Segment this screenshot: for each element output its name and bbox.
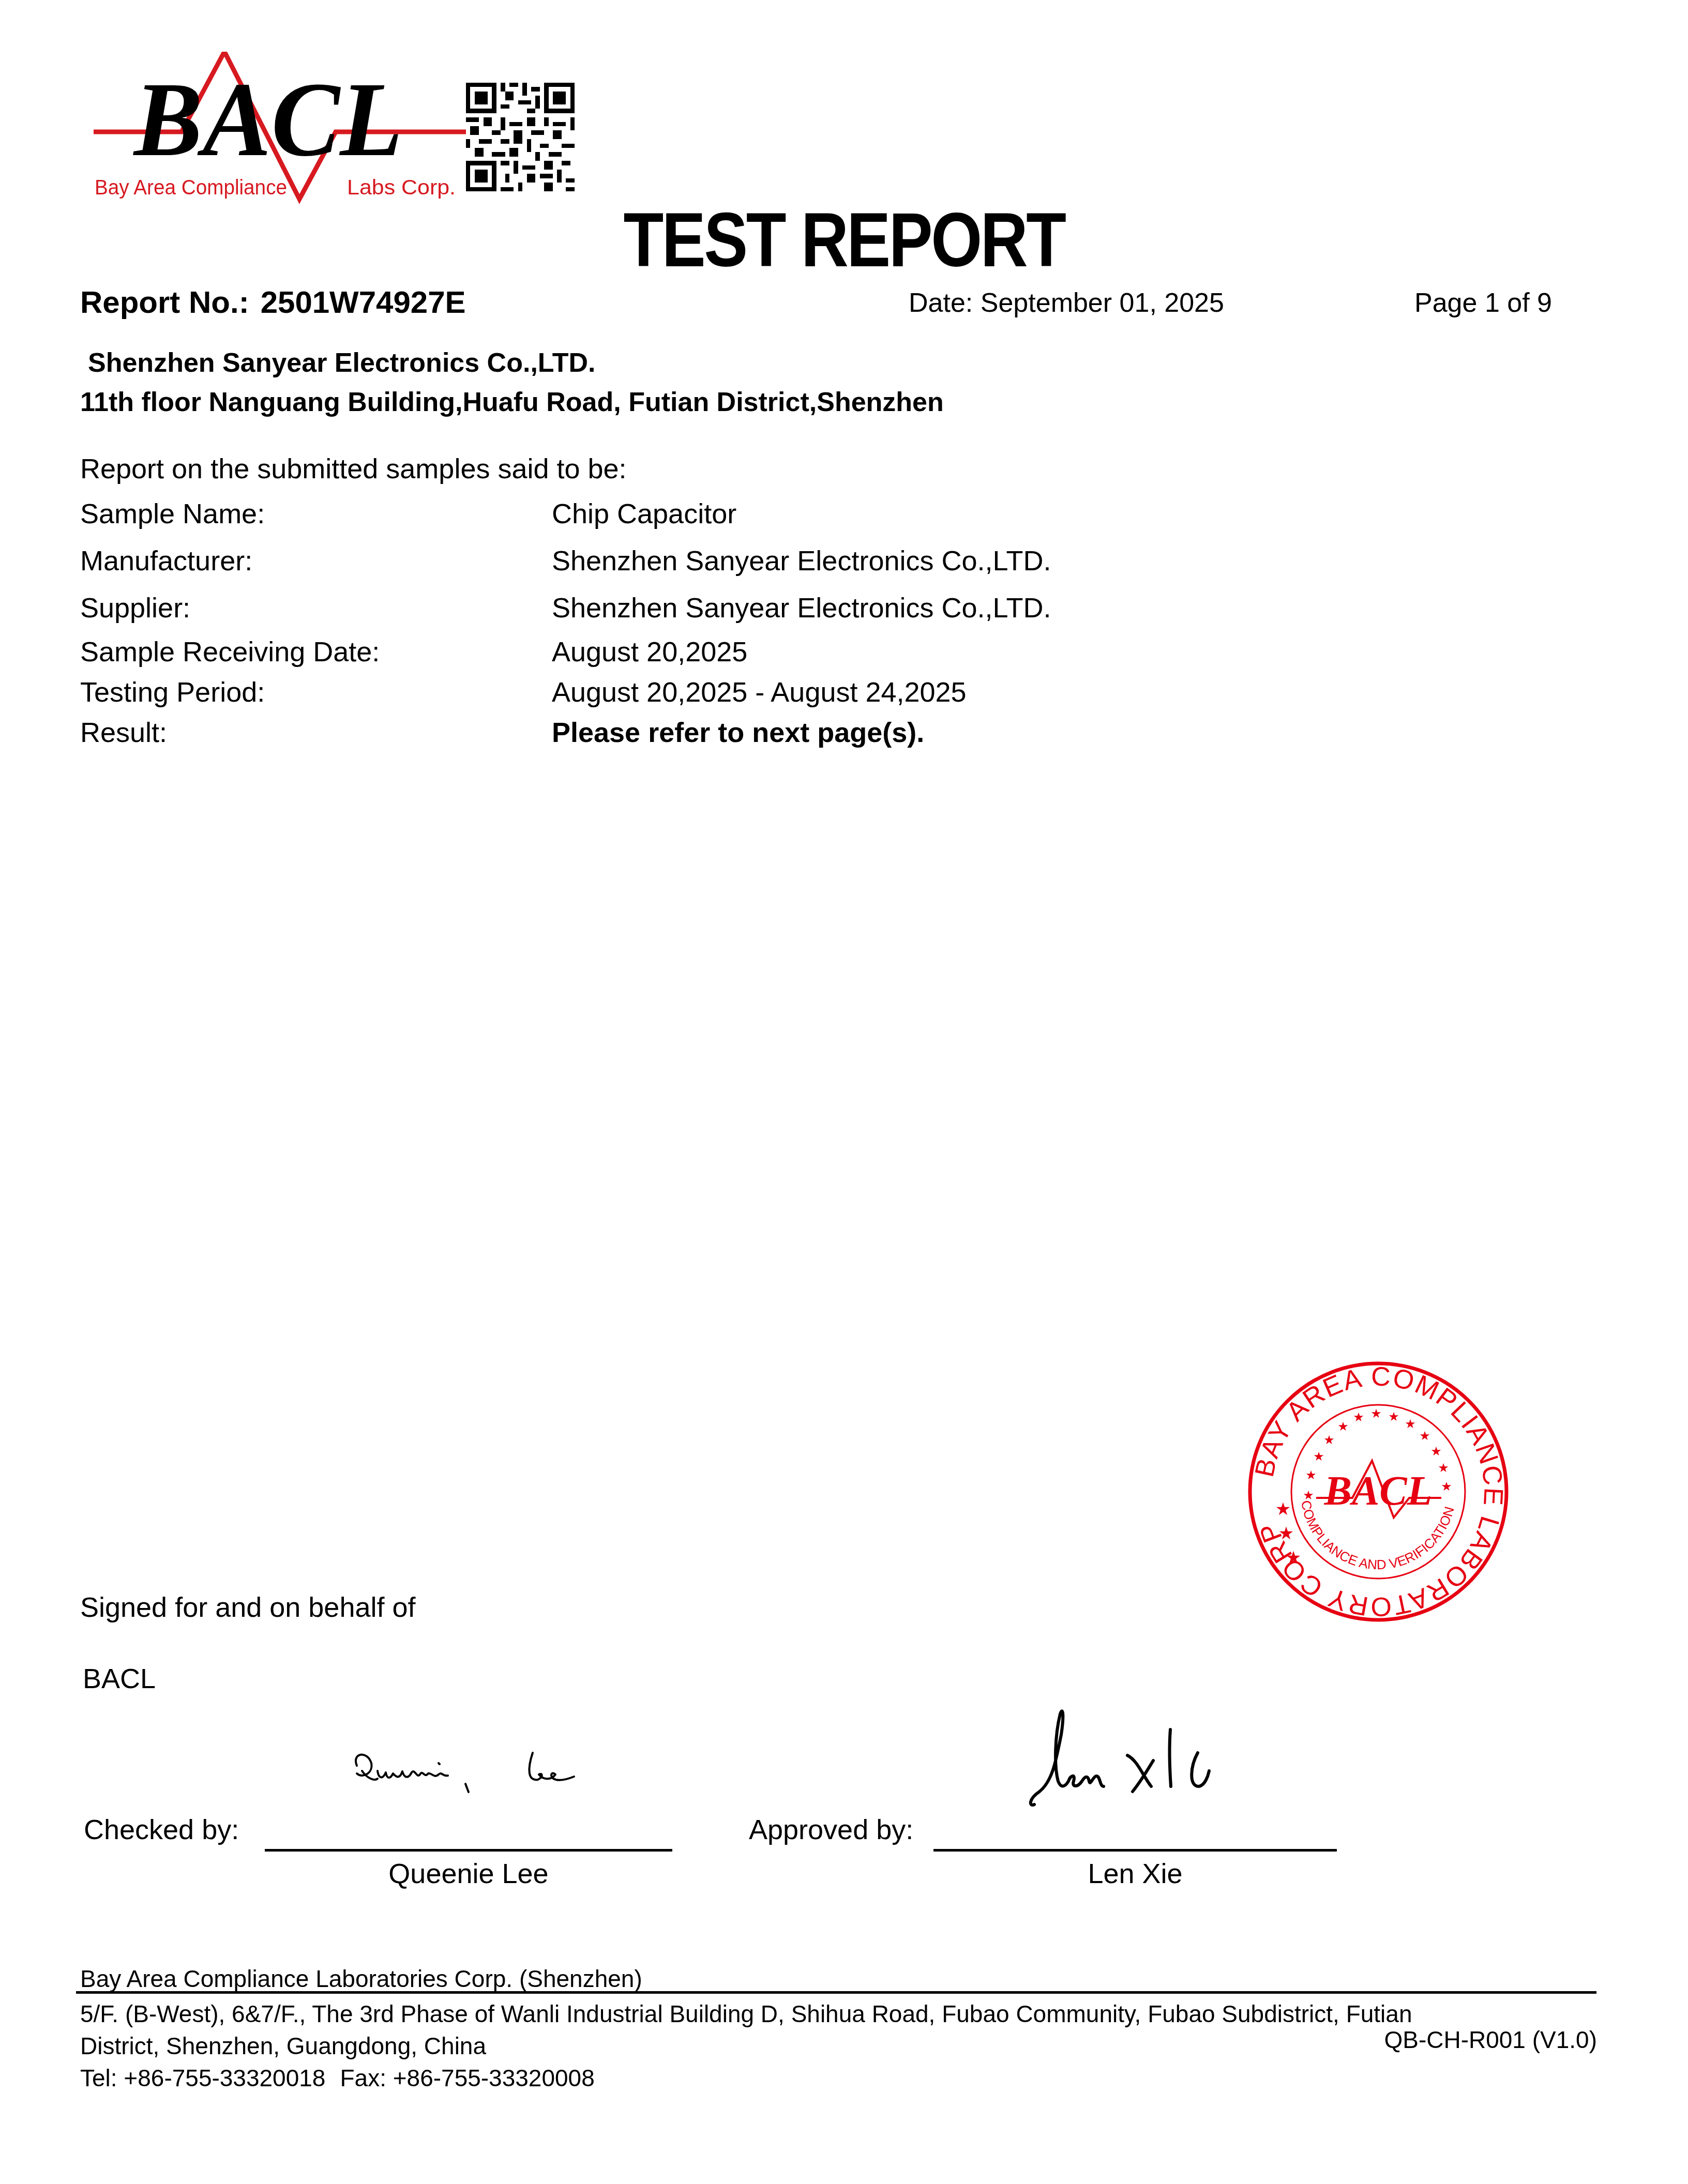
result-value: Please refer to next page(s). (552, 719, 924, 747)
svg-text:★: ★ (1323, 1433, 1335, 1447)
svg-text:★: ★ (1430, 1444, 1442, 1459)
svg-text:★: ★ (1441, 1479, 1452, 1494)
supplier-label: Supplier: (80, 594, 190, 622)
approver-signature (1024, 1704, 1257, 1812)
footer-address-line1: 5/F. (B-West), 6&7/F., The 3rd Phase of … (80, 2000, 1412, 2028)
bacl-logo: BACL Bay Area Compliance Labs Corp. (94, 52, 466, 207)
svg-text:★: ★ (1405, 1417, 1416, 1431)
svg-text:★: ★ (1275, 1499, 1291, 1520)
page-indicator: Page 1 of 9 (1414, 287, 1552, 318)
svg-text:★: ★ (1305, 1468, 1317, 1482)
checked-by-signature-line (265, 1849, 672, 1852)
footer-company: Bay Area Compliance Laboratories Corp. (… (80, 1965, 642, 1993)
svg-text:★: ★ (1438, 1461, 1449, 1475)
sample-intro: Report on the submitted samples said to … (80, 455, 627, 483)
manufacturer-value: Shenzhen Sanyear Electronics Co.,LTD. (552, 547, 1051, 575)
receiving-date-value: August 20,2025 (552, 638, 747, 666)
client-address: 11th floor Nanguang Building,Huafu Road,… (80, 387, 944, 418)
svg-text:★: ★ (1419, 1429, 1430, 1443)
footer-fax: Fax: +86-755-33320008 (340, 2065, 594, 2091)
checked-by-name: Queenie Lee (265, 1860, 672, 1888)
client-name: Shenzhen Sanyear Electronics Co.,LTD. (88, 347, 596, 378)
checked-by-label: Checked by: (84, 1816, 239, 1844)
footer-tel: Tel: +86-755-33320018 (80, 2065, 325, 2091)
logo-wordmark: BACL (133, 61, 403, 178)
svg-text:★: ★ (1278, 1523, 1294, 1544)
svg-text:★: ★ (1353, 1410, 1364, 1424)
svg-text:★: ★ (1337, 1419, 1349, 1434)
footer-divider (76, 1991, 1596, 1994)
approved-by-name: Len Xie (933, 1860, 1337, 1888)
company-seal-stamp: BAY AREA COMPLIANCE LABORATORY CORP COMP… (1244, 1357, 1513, 1626)
qr-code-icon (466, 83, 575, 191)
form-code: QB-CH-R001 (V1.0) (1384, 2026, 1597, 2054)
svg-text:★: ★ (1303, 1488, 1314, 1503)
signed-for-text: Signed for and on behalf of (80, 1594, 416, 1621)
svg-text:★: ★ (1313, 1449, 1324, 1464)
logo-tagline-right: Labs Corp. (347, 176, 456, 199)
svg-text:★: ★ (1286, 1548, 1301, 1568)
sample-name-label: Sample Name: (80, 500, 265, 528)
report-number-label: Report No.: (80, 285, 249, 320)
testing-period-value: August 20,2025 - August 24,2025 (552, 678, 967, 706)
svg-text:★: ★ (1388, 1409, 1399, 1424)
result-label: Result: (80, 719, 167, 747)
footer-address-line2: District, Shenzhen, Guangdong, China (80, 2032, 486, 2060)
receiving-date-label: Sample Receiving Date: (80, 638, 380, 666)
footer-contact: Tel: +86-755-33320018Fax: +86-755-333200… (80, 2064, 595, 2092)
manufacturer-label: Manufacturer: (80, 547, 252, 575)
testing-period-label: Testing Period: (80, 678, 265, 706)
approved-by-signature-line (933, 1849, 1337, 1852)
sample-name-value: Chip Capacitor (552, 500, 736, 528)
page-title: TEST REPORT (0, 196, 1688, 284)
signing-organization: BACL (83, 1665, 156, 1693)
report-number: Report No.:2501W74927E (80, 284, 466, 320)
svg-text:★: ★ (1370, 1406, 1382, 1421)
supplier-value: Shenzhen Sanyear Electronics Co.,LTD. (552, 594, 1051, 622)
report-number-value: 2501W74927E (261, 285, 466, 320)
approved-by-label: Approved by: (749, 1816, 913, 1844)
report-date: Date: September 01, 2025 (909, 287, 1224, 318)
logo-tagline-left: Bay Area Compliance (95, 176, 287, 199)
checker-signature (346, 1742, 626, 1799)
